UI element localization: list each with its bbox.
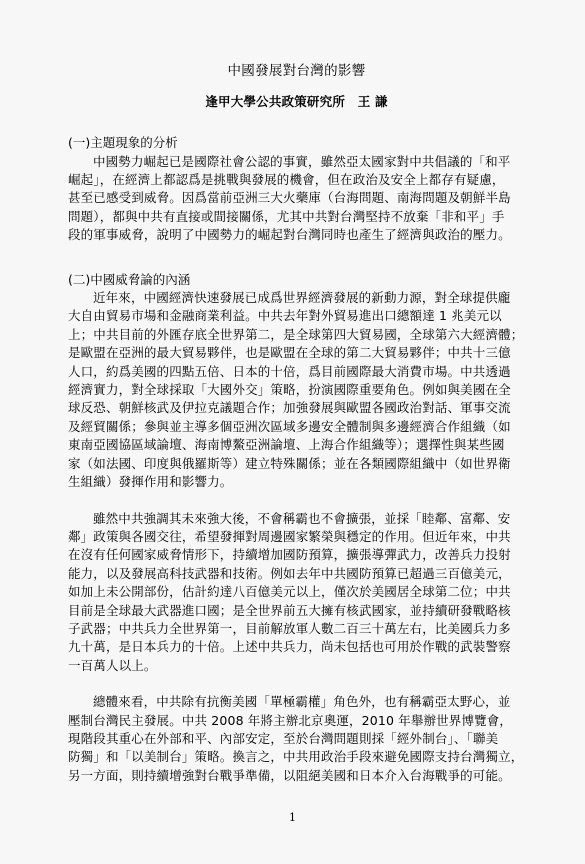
text-line: 球反恐、朝鮮核武及伊拉克議題合作；加強發展與歐盟各國政治對話、軍事交流	[68, 399, 525, 417]
text-line: 雖然中共強調其未來強大後，不會稱霸也不會擴張，並採「睦鄰、富鄰、安	[68, 510, 525, 528]
text-line: 防獨」和「以美制台」策略。換言之，中共用政治手段來避免國際支持台灣獨立，	[68, 748, 525, 766]
text-line: 另一方面，則持續增強對台戰爭準備，以阻絕美國和日本介入台海戰爭的可能。	[68, 767, 525, 785]
text-line: 段的軍事威脅，說明了中國勢力的崛起對台灣同時也產生了經濟與政治的壓力。	[68, 226, 525, 244]
document-author: 逢甲大學公共政策研究所 王 謙	[68, 92, 525, 112]
text-line: 現階段其重心在外部和平、內部安定，至於台灣問題則採「經外制台」、「聯美	[68, 730, 525, 748]
text-line: 人口，約爲美國的四點五倍、日本的十倍，爲目前國際最大消費市場。中共透過	[68, 363, 525, 381]
section-heading: (二)中國威脅論的內涵	[68, 271, 525, 290]
text-line: 大自由貿易市場和金融商業利益。中共去年對外貿易進出口總額達 1 兆美元以	[68, 307, 525, 325]
text-line: 上；中共目前的外匯存底全世界第二，是全球第四大貿易國，全球第六大經濟體；	[68, 326, 525, 344]
text-line: 家（如法國、印度與俄羅斯等）建立特殊關係；並在各類國際組織中（如世界衛	[68, 455, 525, 473]
text-line: 問題），都與中共有直接或間接關係，尤其中共對台灣堅持不放棄「非和平」手	[68, 208, 525, 226]
text-line: 一百萬人以上。	[68, 657, 525, 675]
text-line: 崛起」，在經濟上都認爲是挑戰與發展的機會，但在政治及安全上都存有疑慮，	[68, 171, 525, 189]
text-line: 及經貿關係；參與並主導多個亞洲次區域多邊安全體制與多邊經濟合作組織（如	[68, 418, 525, 436]
paragraph: 總體來看，中共除有抗衡美國「單極霸權」角色外，也有稱霸亞太野心，並 壓制台灣民主…	[68, 693, 525, 785]
section-china-threat-theory: (二)中國威脅論的內涵 近年來，中國經濟快速發展已成爲世界經濟發展的新動力源，對…	[68, 271, 525, 786]
text-line: 能力，以及發展高科技武器和技術。例如去年中共國防預算已超過三百億美元，	[68, 565, 525, 583]
text-line: 九十萬，是日本兵力的十倍。上述中共兵力，尚未包括也可用於作戰的武裝警察	[68, 638, 525, 656]
text-line: 在沒有任何國家威脅情形下，持續增加國防預算，擴張導彈武力，改善兵力投射	[68, 546, 525, 564]
text-line: 是歐盟在亞洲的最大貿易夥伴，也是歐盟在全球的第二大貿易夥伴；中共十三億	[68, 344, 525, 362]
text-line: 鄰」政策與各國交往，希望發揮對周邊國家繁榮與穩定的作用。但近年來，中共	[68, 528, 525, 546]
paragraph: 雖然中共強調其未來強大後，不會稱霸也不會擴張，並採「睦鄰、富鄰、安 鄰」政策與各…	[68, 510, 525, 676]
section-topic-analysis: (一)主題現象的分析 中國勢力崛起已是國際社會公認的事實，雖然亞太國家對中共倡議…	[68, 134, 525, 245]
paragraph: 中國勢力崛起已是國際社會公認的事實，雖然亞太國家對中共倡議的「和平 崛起」，在經…	[68, 153, 525, 245]
text-line: 中國勢力崛起已是國際社會公認的事實，雖然亞太國家對中共倡議的「和平	[68, 153, 525, 171]
text-line: 東南亞國協區域論壇、海南博鰲亞洲論壇、上海合作組織等）；選擇性與某些國	[68, 436, 525, 454]
document-title: 中國發展對台灣的影響	[68, 60, 525, 82]
text-line: 近年來，中國經濟快速發展已成爲世界經濟發展的新動力源，對全球提供龐	[68, 289, 525, 307]
text-line: 目前是全球最大武器進口國；是全世界前五大擁有核武國家，並持續研發戰略核	[68, 602, 525, 620]
document-page: 中國發展對台灣的影響 逢甲大學公共政策研究所 王 謙 (一)主題現象的分析 中國…	[68, 60, 525, 785]
text-line: 子武器；中共兵力全世界第一，目前解放軍人數二百三十萬左右，比美國兵力多	[68, 620, 525, 638]
section-heading: (一)主題現象的分析	[68, 134, 525, 153]
text-line: 甚至已感受到威脅。因爲當前亞洲三大火藥庫（台海問題、南海問題及朝鮮半島	[68, 189, 525, 207]
text-line: 如加上未公開部份，估計約達八百億美元以上，僅次於美國居全球第二位；中共	[68, 583, 525, 601]
text-line: 總體來看，中共除有抗衡美國「單極霸權」角色外，也有稱霸亞太野心，並	[68, 693, 525, 711]
text-line: 生組織）發揮作用和影響力。	[68, 473, 525, 491]
text-line: 經濟實力，對全球採取「大國外交」策略，扮演國際重要角色。例如與美國在全	[68, 381, 525, 399]
page-number: 1	[0, 811, 585, 824]
text-line: 壓制台灣民主發展。中共 2008 年將主辦北京奧運，2010 年舉辦世界博覽會，	[68, 712, 525, 730]
paragraph: 近年來，中國經濟快速發展已成爲世界經濟發展的新動力源，對全球提供龐 大自由貿易市…	[68, 289, 525, 491]
